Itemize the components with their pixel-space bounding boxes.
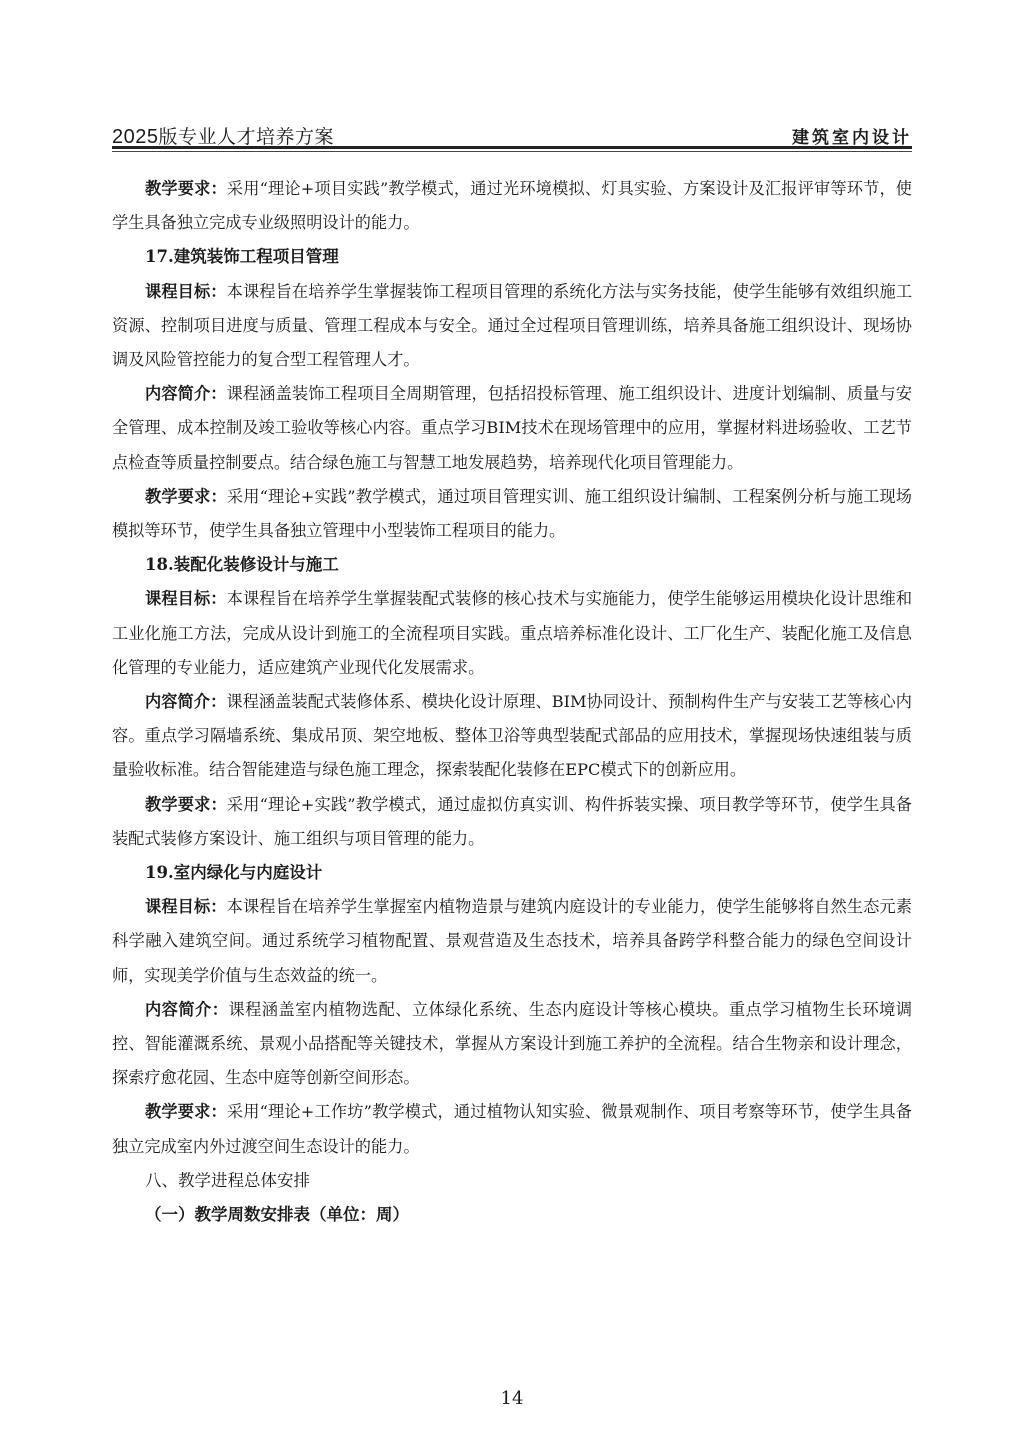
- paragraph-text: 采用“理论+项目实践”教学模式，通过光环境模拟、灯具实验、方案设计及汇报评审等环…: [112, 179, 912, 232]
- paragraph: 内容简介：课程涵盖装配式装修体系、模块化设计原理、BIM协同设计、预制构件生产与…: [112, 685, 912, 788]
- header-plan-label: 版专业人才培养方案: [159, 126, 335, 148]
- paragraph: 课程目标：本课程旨在培养学生掌握装配式装修的核心技术与实施能力，使学生能够运用模…: [112, 582, 912, 685]
- paragraph: 课程目标：本课程旨在培养学生掌握装饰工程项目管理的系统化方法与实务技能，使学生能…: [112, 275, 912, 378]
- section-heading: 八、教学进程总体安排: [112, 1164, 912, 1198]
- header-rule-thick: [112, 146, 912, 149]
- paragraph: 教学要求：采用“理论+工作坊”教学模式，通过植物认知实验、微景观制作、项目考察等…: [112, 1095, 912, 1163]
- document-body: 教学要求：采用“理论+项目实践”教学模式，通过光环境模拟、灯具实验、方案设计及汇…: [112, 172, 912, 1232]
- course-heading: （一）教学周数安排表（单位：周）: [112, 1198, 912, 1232]
- header-major-title: 建筑室内设计: [792, 123, 912, 148]
- course-heading: 18.装配化装修设计与施工: [112, 548, 912, 582]
- paragraph-lead-label: 教学要求：: [145, 1102, 227, 1121]
- paragraph-lead-label: 课程目标：: [145, 589, 227, 608]
- paragraph: 内容简介：课程涵盖室内植物选配、立体绿化系统、生态内庭设计等核心模块。重点学习植…: [112, 993, 912, 1096]
- paragraph-lead-label: 内容简介：: [145, 692, 226, 711]
- course-heading: 17.建筑装饰工程项目管理: [112, 240, 912, 274]
- paragraph-lead-label: 教学要求：: [145, 795, 227, 814]
- paragraph: 教学要求：采用“理论+实践”教学模式，通过项目管理实训、施工组织设计编制、工程案…: [112, 480, 912, 548]
- paragraph-text: 本课程旨在培养学生掌握装饰工程项目管理的系统化方法与实务技能，使学生能够有效组织…: [112, 282, 912, 369]
- paragraph: 教学要求：采用“理论+实践”教学模式，通过虚拟仿真实训、构件拆装实操、项目教学等…: [112, 788, 912, 856]
- paragraph-lead-label: 教学要求：: [145, 179, 227, 198]
- paragraph-text: 本课程旨在培养学生掌握装配式装修的核心技术与实施能力，使学生能够运用模块化设计思…: [112, 589, 912, 676]
- paragraph-text: 采用“理论+工作坊”教学模式，通过植物认知实验、微景观制作、项目考察等环节，使学…: [112, 1102, 912, 1155]
- paragraph-text: 课程涵盖室内植物选配、立体绿化系统、生态内庭设计等核心模块。重点学习植物生长环境…: [112, 1000, 912, 1087]
- header-rule-thin: [112, 151, 912, 152]
- paragraph-lead-label: 课程目标：: [145, 282, 227, 301]
- course-heading: 19.室内绿化与内庭设计: [112, 856, 912, 890]
- paragraph-text: 采用“理论+实践”教学模式，通过项目管理实训、施工组织设计编制、工程案例分析与施…: [112, 487, 912, 540]
- paragraph-text: 本课程旨在培养学生掌握室内植物造景与建筑内庭设计的专业能力，使学生能够将自然生态…: [112, 897, 912, 984]
- paragraph-lead-label: 内容简介：: [145, 1000, 228, 1019]
- paragraph-text: 采用“理论+实践”教学模式，通过虚拟仿真实训、构件拆装实操、项目教学等环节，使学…: [112, 795, 912, 848]
- paragraph-text: 课程涵盖装饰工程项目全周期管理，包括招投标管理、施工组织设计、进度计划编制、质量…: [112, 384, 912, 471]
- paragraph-lead-label: 课程目标：: [145, 897, 227, 916]
- paragraph-text: 课程涵盖装配式装修体系、模块化设计原理、BIM协同设计、预制构件生产与安装工艺等…: [112, 692, 912, 779]
- header-plan-title: 2025版专业人才培养方案: [112, 122, 334, 149]
- page-number: 14: [0, 1388, 1024, 1409]
- paragraph-lead-label: 教学要求：: [145, 487, 227, 506]
- paragraph-lead-label: 内容简介：: [145, 384, 227, 403]
- header-year: 2025: [112, 126, 159, 148]
- paragraph: 教学要求：采用“理论+项目实践”教学模式，通过光环境模拟、灯具实验、方案设计及汇…: [112, 172, 912, 240]
- page-header: 2025版专业人才培养方案 建筑室内设计: [112, 120, 912, 152]
- paragraph: 课程目标：本课程旨在培养学生掌握室内植物造景与建筑内庭设计的专业能力，使学生能够…: [112, 890, 912, 993]
- paragraph: 内容简介：课程涵盖装饰工程项目全周期管理，包括招投标管理、施工组织设计、进度计划…: [112, 377, 912, 480]
